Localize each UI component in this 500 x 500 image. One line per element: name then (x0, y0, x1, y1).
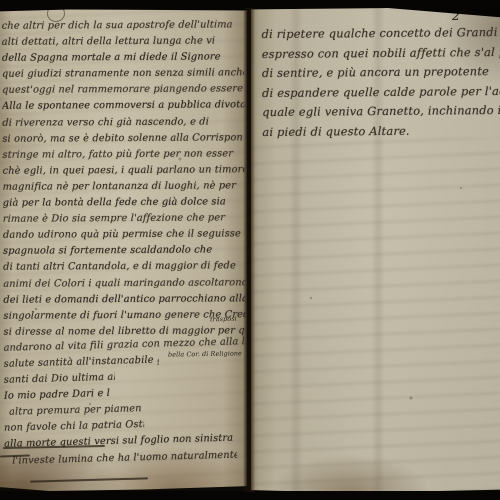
manuscript-line: quest'oggi nel rammemorare piangendo ess… (2, 82, 244, 100)
manuscript-line: che altri per dich la sua apostrofe dell… (1, 17, 243, 35)
manuscript-line: stringe mi altro, fatto più forte per no… (2, 146, 244, 164)
manuscript-line: dei lieti e domandi dell'antico parrocch… (3, 291, 245, 309)
underline-mark (30, 477, 148, 482)
binding-gutter (243, 8, 255, 492)
manuscript-line: della Spagna mortale a mi diede il Signo… (2, 49, 244, 67)
manuscript-line: spagnuola si fortemente scaldandolo che (3, 243, 245, 261)
page-number: 2 (452, 9, 460, 23)
manuscript-line: quale egli veniva Granetto, inchinando i… (262, 101, 500, 123)
manuscript-line: quei giudizi stranamente non senza simil… (2, 66, 244, 84)
manuscript-line: chè egli, in quei paesi, i quali parlano… (3, 162, 245, 180)
right-page-text: di ripetere qualche concetto dei Grandi … (261, 23, 500, 142)
manuscript-line: espresso con quei nobili affetti che s'a… (262, 42, 500, 64)
manuscript-line: di sentire, e più ancora un prepotente (262, 62, 500, 84)
manuscript-line: di tanti altri Cantandola, e di maggior … (3, 259, 245, 277)
manuscript-line: animi dei Colori i quali maringando asco… (3, 275, 245, 293)
manuscript-photo: che altri per dich la sua apostrofe dell… (0, 0, 500, 500)
left-page-text: che altri per dich la sua apostrofe dell… (2, 17, 247, 469)
manuscript-line: rimane è Dio sia sempre l'affezione che … (3, 210, 245, 228)
manuscript-line: ai piedi di questo Altare. (262, 120, 500, 142)
manuscript-line: si onorò, ma se è debito solenne alla Co… (2, 130, 244, 148)
interline-note-trasposi: trasposi (210, 315, 237, 324)
manuscript-line: di riverenza verso chi già nascendo, e d… (2, 114, 244, 132)
manuscript-line: magnifica nè per lontananza di luoghi, n… (2, 178, 244, 196)
right-page: 2 di ripetere qualche concetto dei Grand… (251, 8, 500, 493)
interline-note-religione: bella Cor. di Religione (168, 349, 242, 358)
manuscript-line: Alla le spontanee commoversi a pubblica … (2, 98, 244, 116)
manuscript-line: alti dettati, altri della lettura lunga … (2, 33, 244, 51)
manuscript-line: dando udirono quà più permise che il seg… (3, 226, 245, 244)
bottom-letterbox (0, 491, 500, 500)
manuscript-line: di ripetere qualche concetto dei Grandi … (261, 23, 499, 45)
left-page: che altri per dich la sua apostrofe dell… (0, 9, 247, 491)
manuscript-line: di espandere quelle calde parole per l'a… (262, 81, 500, 103)
manuscript-line: già per la bontà della fede che già dolc… (3, 194, 245, 212)
